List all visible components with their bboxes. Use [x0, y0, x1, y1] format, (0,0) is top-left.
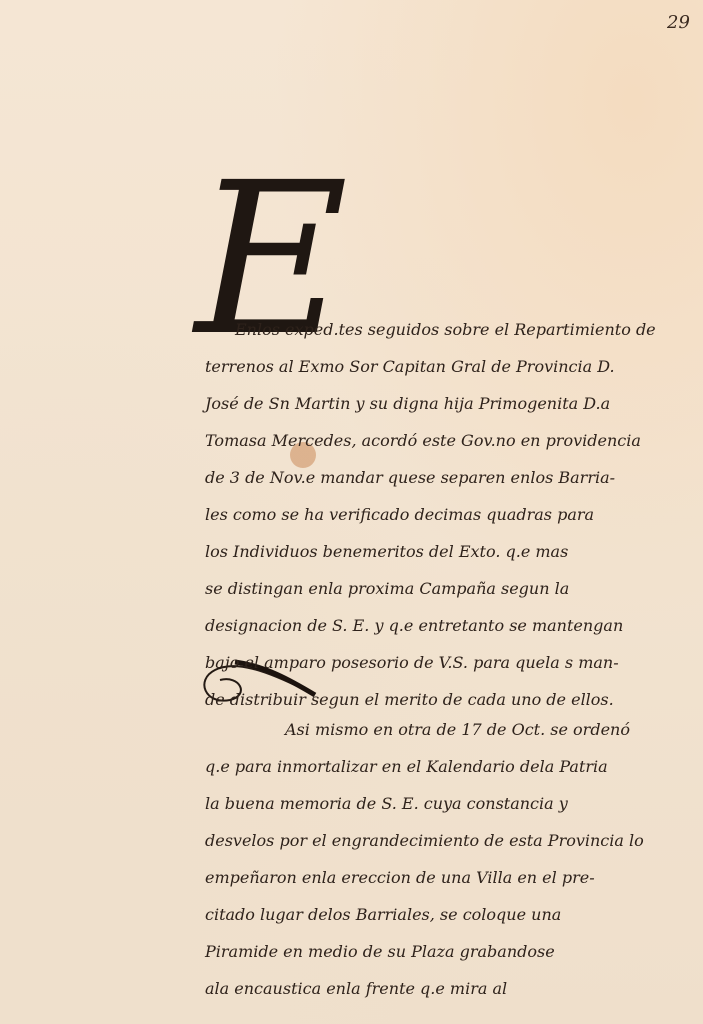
text-line: José de Sn Martin y su digna hija Primog… [205, 394, 610, 413]
text-line: de distribuir segun el merito de cada un… [205, 690, 614, 709]
text-line: se distingan enla proxima Campaña segun … [205, 579, 569, 598]
text-line: q.e para inmortalizar en el Kalendario d… [205, 757, 608, 776]
text-line: empeñaron enla ereccion de una Villa en … [205, 868, 595, 887]
text-line: Tomasa Mercedes, acordó este Gov.no en p… [205, 431, 641, 450]
text-line: desvelos por el engrandecimiento de esta… [205, 831, 644, 850]
text-line: Asi mismo en otra de 17 de Oct. se orden… [285, 720, 630, 739]
text-line: citado lugar delos Barriales, se coloque… [205, 905, 561, 924]
text-line: ala encaustica enla frente q.e mira al [205, 979, 507, 998]
text-line: de 3 de Nov.e mandar quese separen enlos… [205, 468, 615, 487]
text-line: la buena memoria de S. E. cuya constanci… [205, 794, 568, 813]
text-line: les como se ha verificado decimas quadra… [205, 505, 594, 524]
text-line: los Individuos benemeritos del Exto. q.e… [205, 542, 568, 561]
text-line: designacion de S. E. y q.e entretanto se… [205, 616, 623, 635]
text-line: Enlos exped.tes seguidos sobre el Repart… [235, 320, 656, 339]
text-line: terrenos al Exmo Sor Capitan Gral de Pro… [205, 357, 615, 376]
text-line: Piramide en medio de su Plaza grabandose [205, 942, 555, 961]
text-line: bajo el amparo posesorio de V.S. para qu… [205, 653, 619, 672]
page-number: 29 [667, 12, 690, 33]
